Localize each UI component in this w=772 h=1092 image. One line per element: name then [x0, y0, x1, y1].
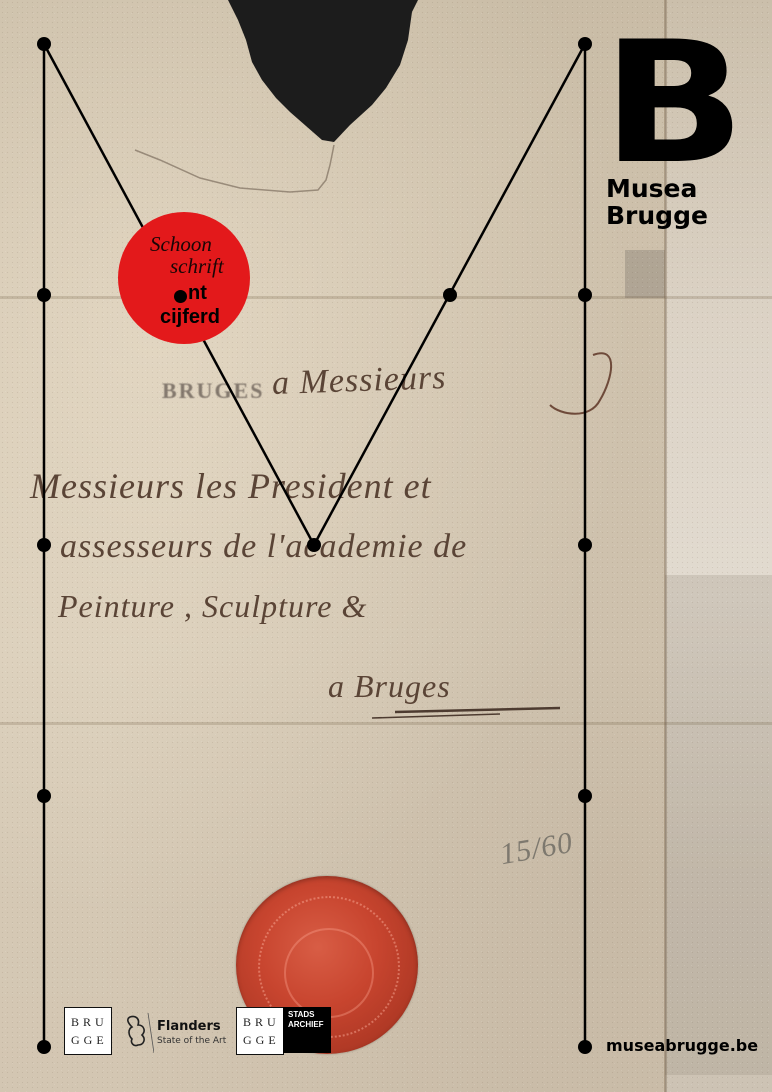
badge-dot-o — [174, 290, 187, 303]
stadsarchief-label: STADS ARCHIEF — [283, 1007, 331, 1053]
musea-brugge-logo-text: Musea Brugge — [606, 175, 708, 229]
flanders-title: Flanders — [157, 1019, 221, 1034]
website-link[interactable]: museabrugge.be — [606, 1036, 758, 1055]
stadsarchief-logo-row-2: GGE — [243, 1031, 280, 1049]
brugge-logo-row-2: GGE — [71, 1031, 108, 1049]
flanders-tagline: State of the Art — [157, 1036, 226, 1046]
brugge-logo-row-1: BRU — [71, 1013, 108, 1031]
poster: BRUGES a Messieurs Messieurs les Preside… — [0, 0, 772, 1092]
logo-line-1: Musea — [606, 175, 708, 202]
stadsarchief-logo: BRU GGE — [236, 1007, 284, 1055]
badge-bold-line-1: nt — [188, 282, 207, 305]
logo-line-2: Brugge — [606, 202, 708, 229]
flanders-lion-icon — [124, 1013, 154, 1053]
brugge-logo: BRU GGE — [64, 1007, 112, 1055]
stadsarchief-label-line-2: ARCHIEF — [288, 1020, 326, 1030]
exhibition-badge: Schoon schrift nt cijferd — [118, 212, 250, 344]
stadsarchief-label-line-1: STADS — [288, 1010, 326, 1020]
musea-brugge-logo-mark: B — [602, 38, 739, 168]
stadsarchief-logo-row-1: BRU — [243, 1013, 280, 1031]
badge-bold-line-2: cijferd — [160, 306, 220, 329]
badge-script-line-2: schrift — [170, 254, 224, 279]
